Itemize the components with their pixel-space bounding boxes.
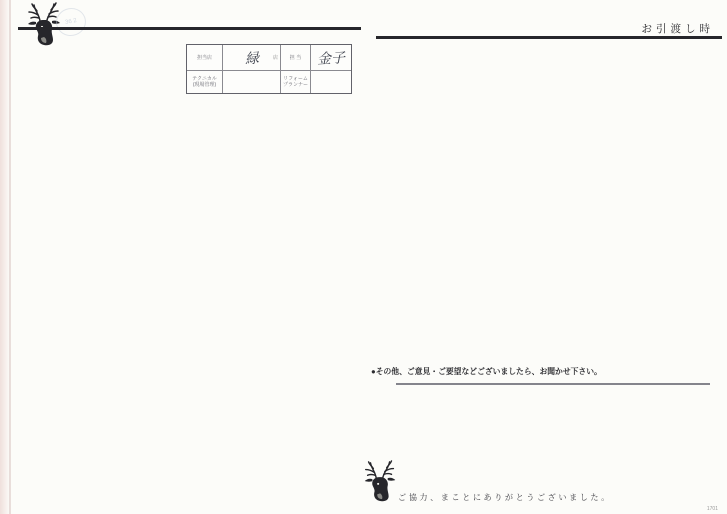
staff-table: 担当店 緑 店 担 当 金子 テクニカル (現場管理) リフォーム <box>186 44 352 94</box>
page-code: 1701 <box>707 506 718 512</box>
header-underline <box>376 36 722 39</box>
staff-store-label: 担当店 <box>187 45 223 71</box>
survey-left-page: 36 2 担当店 緑 店 担 当 金子 テクニカル (現場管理) <box>10 0 362 514</box>
store-suffix-label: 店 <box>273 54 278 61</box>
staff-technical-value <box>223 71 281 93</box>
deer-logo-icon <box>360 458 402 504</box>
handwritten-store-name: 緑 <box>244 47 259 68</box>
footer-thanks: ご協力、まことにありがとうございました。 <box>398 492 612 503</box>
other-comments-box <box>396 383 710 385</box>
staff-person-label: 担 当 <box>281 45 311 71</box>
handover-header: お引渡し時 <box>642 21 715 36</box>
staff-technical-label: テクニカル (現場管理) <box>187 71 223 93</box>
survey-right-page: お引渡し時 ●その他、ご意見・ご要望などございましたら、お聞かせ下さい。 <box>366 0 724 514</box>
staff-planner-label: リフォーム プランナー <box>281 71 311 93</box>
other-comments-label: ●その他、ご意見・ご要望などございましたら、お聞かせ下さい。 <box>371 366 724 377</box>
title-underline <box>18 27 361 30</box>
handwritten-person-name: 金子 <box>316 47 345 68</box>
other-comments-section: ●その他、ご意見・ご要望などございましたら、お聞かせ下さい。 <box>366 366 724 385</box>
staff-person-value: 金子 <box>311 45 351 71</box>
staff-planner-value <box>311 71 351 93</box>
staff-store-value: 緑 店 <box>223 45 281 71</box>
survey-sheet: 36 2 担当店 緑 店 担 当 金子 テクニカル (現場管理) <box>0 0 727 514</box>
